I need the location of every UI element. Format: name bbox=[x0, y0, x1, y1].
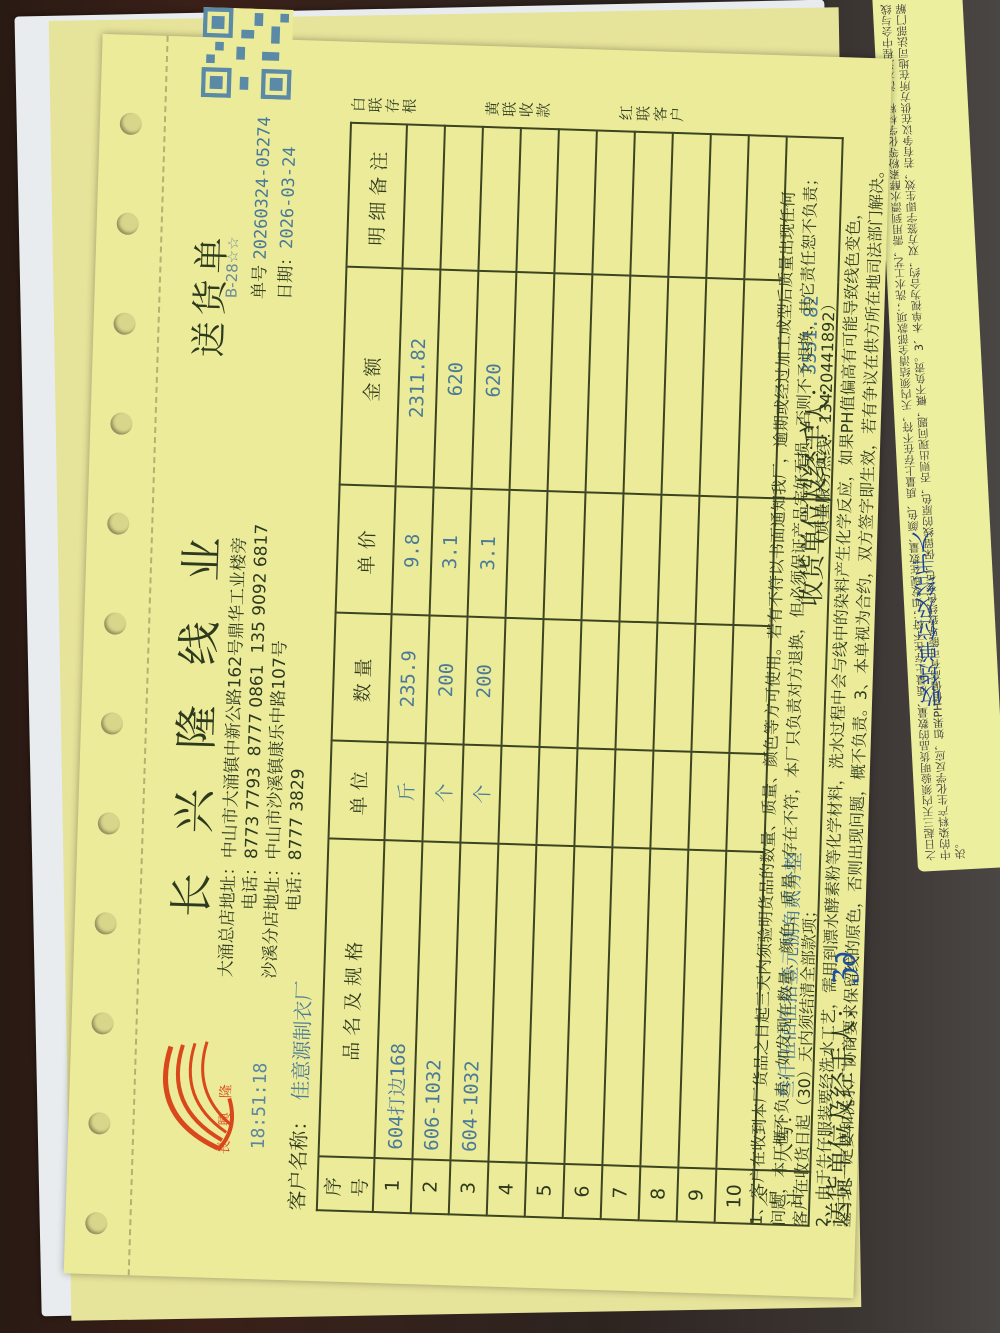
row-price bbox=[581, 492, 623, 621]
logo-text: 長興隆 bbox=[214, 1070, 237, 1155]
column-header-amount: 金额 bbox=[340, 267, 403, 487]
row-no: 5 bbox=[525, 1163, 565, 1218]
row-no: 3 bbox=[449, 1160, 489, 1215]
column-header-qty: 数量 bbox=[332, 613, 392, 743]
feed-hole bbox=[88, 1112, 111, 1135]
feed-hole bbox=[91, 1012, 114, 1035]
order-number-label: 单号 bbox=[249, 265, 270, 300]
row-price: 3.1 bbox=[430, 488, 472, 617]
feed-hole bbox=[101, 712, 124, 735]
row-price: 3.1 bbox=[468, 489, 510, 618]
feed-hole bbox=[85, 1212, 108, 1235]
row-qty: 235.9 bbox=[388, 614, 430, 743]
row-qty bbox=[577, 620, 619, 749]
delivery-note: 長興隆 长兴隆线业 送货单 大涌总店地址：中山市大涌镇中新公路162号鼎华工业楼… bbox=[64, 34, 893, 1298]
row-remark bbox=[592, 130, 635, 275]
sender-signature-scribble: ℨ∂ bbox=[827, 951, 863, 986]
row-qty bbox=[653, 623, 695, 752]
row-qty: 200 bbox=[426, 615, 468, 744]
row-unit bbox=[536, 747, 577, 846]
row-qty bbox=[691, 624, 733, 753]
customer-label: 客户名称： bbox=[285, 1110, 312, 1211]
row-no: 2 bbox=[411, 1159, 451, 1214]
row-price: 9.8 bbox=[392, 486, 434, 615]
sender-signature-label: 送货单位及经手人： bbox=[824, 993, 861, 1228]
feed-hole bbox=[113, 312, 136, 335]
row-no: 4 bbox=[487, 1162, 527, 1217]
row-no: 8 bbox=[639, 1166, 679, 1221]
row-qty bbox=[615, 621, 657, 750]
row-remark bbox=[402, 125, 445, 270]
copy-label-white: 白联存根 bbox=[350, 96, 481, 118]
row-remark bbox=[516, 128, 559, 273]
serial-tag: B-28☆☆ bbox=[222, 236, 242, 298]
row-remark bbox=[478, 127, 521, 272]
row-qty bbox=[539, 619, 581, 748]
feed-hole bbox=[94, 912, 117, 935]
row-price bbox=[506, 490, 548, 619]
feed-hole bbox=[107, 512, 130, 535]
row-no: 1 bbox=[373, 1158, 413, 1213]
column-header-remark: 明细备注 bbox=[346, 123, 406, 269]
receiver-signature-label: 收货单位及经手人： bbox=[791, 372, 835, 607]
row-price bbox=[657, 495, 699, 624]
row-unit bbox=[650, 751, 691, 850]
side-slip-document: 之日起三天内须验明货品的数量、质量上存在不符；如发现在数量、颜色、质量上存在不符… bbox=[872, 0, 1000, 872]
row-unit bbox=[498, 746, 539, 845]
row-unit bbox=[612, 749, 653, 848]
order-date: 日期：2026-03-24 bbox=[270, 146, 300, 300]
feed-hole bbox=[104, 612, 127, 635]
row-unit bbox=[688, 752, 729, 851]
side-slip-text: 之日起三天内须验明货品的数量、质量上存在不符；如发现在数量、颜色、质量上存在不符… bbox=[879, 0, 1000, 861]
order-date-label: 日期： bbox=[275, 248, 297, 300]
row-remark bbox=[630, 132, 673, 277]
copy-label-red: 红联客户 bbox=[618, 104, 749, 126]
copy-labels: 白联存根 黄联收款 红联客户 bbox=[350, 90, 753, 127]
row-qty: 200 bbox=[464, 617, 506, 746]
row-price bbox=[695, 496, 737, 625]
column-header-unit: 单位 bbox=[329, 740, 388, 840]
copy-label-yellow: 黄联收款 bbox=[484, 100, 615, 122]
row-price bbox=[619, 493, 661, 622]
branch-phone: 8777 3829 bbox=[285, 768, 310, 861]
column-header-price: 单价 bbox=[336, 485, 396, 615]
feed-hole bbox=[120, 112, 143, 135]
row-unit bbox=[574, 748, 615, 847]
order-date-value: 2026-03-24 bbox=[277, 146, 300, 249]
row-qty bbox=[502, 618, 544, 747]
customer-field: 客户名称：佳意源制衣厂 bbox=[281, 980, 317, 1211]
company-address-block: 大涌总店地址：中山市大涌镇中新公路162号鼎华工业楼旁 电话：8773 7793… bbox=[214, 523, 317, 1011]
column-header-name: 品名及规格 bbox=[319, 838, 385, 1158]
column-header-no: 序号 bbox=[317, 1156, 375, 1212]
row-unit: 个 bbox=[460, 745, 501, 844]
print-time: 18:51:18 bbox=[248, 1062, 272, 1149]
feed-hole bbox=[116, 212, 139, 235]
row-remark bbox=[668, 133, 711, 278]
row-no: 7 bbox=[601, 1165, 641, 1220]
row-remark bbox=[554, 129, 597, 274]
row-no: 9 bbox=[677, 1168, 717, 1223]
row-unit: 个 bbox=[422, 743, 463, 842]
row-no: 6 bbox=[563, 1164, 603, 1219]
feed-hole bbox=[110, 412, 133, 435]
row-price bbox=[544, 491, 586, 620]
customer-name: 佳意源制衣厂 bbox=[288, 980, 316, 1101]
row-remark bbox=[706, 134, 749, 279]
row-unit: 斤 bbox=[384, 742, 425, 841]
qr-code-icon bbox=[201, 7, 294, 100]
row-remark bbox=[440, 126, 483, 271]
feed-hole bbox=[98, 812, 121, 835]
